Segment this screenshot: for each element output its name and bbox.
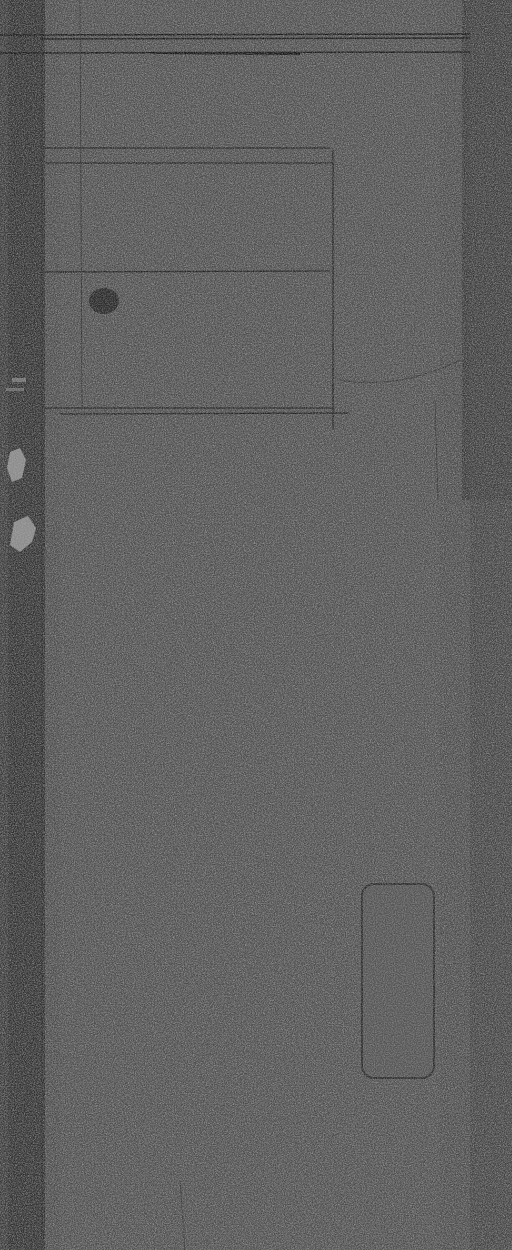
pavement-scene — [0, 0, 512, 1250]
pavement-texture — [0, 0, 512, 1250]
